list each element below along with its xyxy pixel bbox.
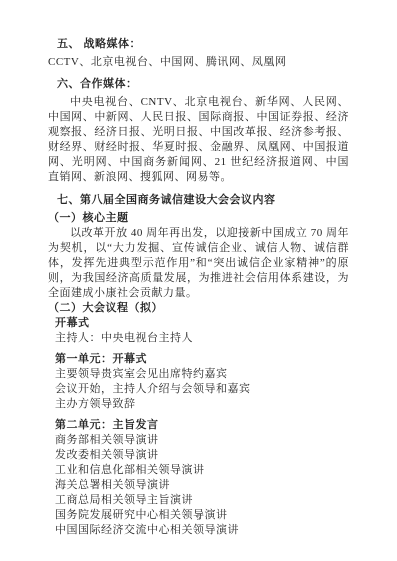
- section6-heading: 六、合作媒体：: [57, 77, 349, 92]
- agenda-unit1-item: 主要领导贵宾室会见出席特约嘉宾: [55, 367, 349, 382]
- agenda-opening-host: 主持人：中央电视台主持人: [55, 331, 349, 346]
- section7-sub1-heading: （一）核心主题: [48, 211, 349, 226]
- agenda-unit2-item: 工业和信息化部相关领导演讲: [55, 463, 349, 478]
- agenda-unit1-item: 主办方领导致辞: [55, 397, 349, 412]
- agenda-opening-heading: 开幕式: [55, 316, 349, 331]
- section7-heading: 七、第八届全国商务诚信建设大会会议内容: [57, 193, 349, 208]
- agenda-unit1-item: 会议开始，主持人介绍与会领导和嘉宾: [55, 382, 349, 397]
- section7-sub2-heading: （二）大会议程（拟）: [48, 301, 349, 316]
- section5-heading: 五、 战略媒体：: [57, 37, 349, 52]
- section5-body: CCTV、北京电视台、中国网、腾讯网、凤凰网: [48, 55, 349, 70]
- agenda-unit1-heading: 第一单元：开幕式: [55, 352, 349, 367]
- section6-body: 中央电视台、CNTV、北京电视台、新华网、人民网、中国网、中新网、人民日报、国际…: [48, 95, 349, 185]
- document-page: 五、 战略媒体： CCTV、北京电视台、中国网、腾讯网、凤凰网 六、合作媒体： …: [0, 0, 397, 561]
- agenda-unit2-heading: 第二单元：主旨发言: [55, 418, 349, 433]
- page-number: 5: [0, 513, 397, 522]
- agenda-unit2-item: 发改委相关领导演讲: [55, 448, 349, 463]
- agenda-unit2-item: 商务部相关领导演讲: [55, 433, 349, 448]
- agenda-unit2-item: 海关总署相关领导演讲: [55, 478, 349, 493]
- agenda-unit2-item: 中国国际经济交流中心相关领导演讲: [55, 523, 349, 538]
- section7-sub1-body: 以改革开放 40 周年再出发，以迎接新中国成立 70 周年为契机，以“大力发掘、…: [48, 226, 349, 301]
- agenda-unit2-item: 工商总局相关领导主旨演讲: [55, 493, 349, 508]
